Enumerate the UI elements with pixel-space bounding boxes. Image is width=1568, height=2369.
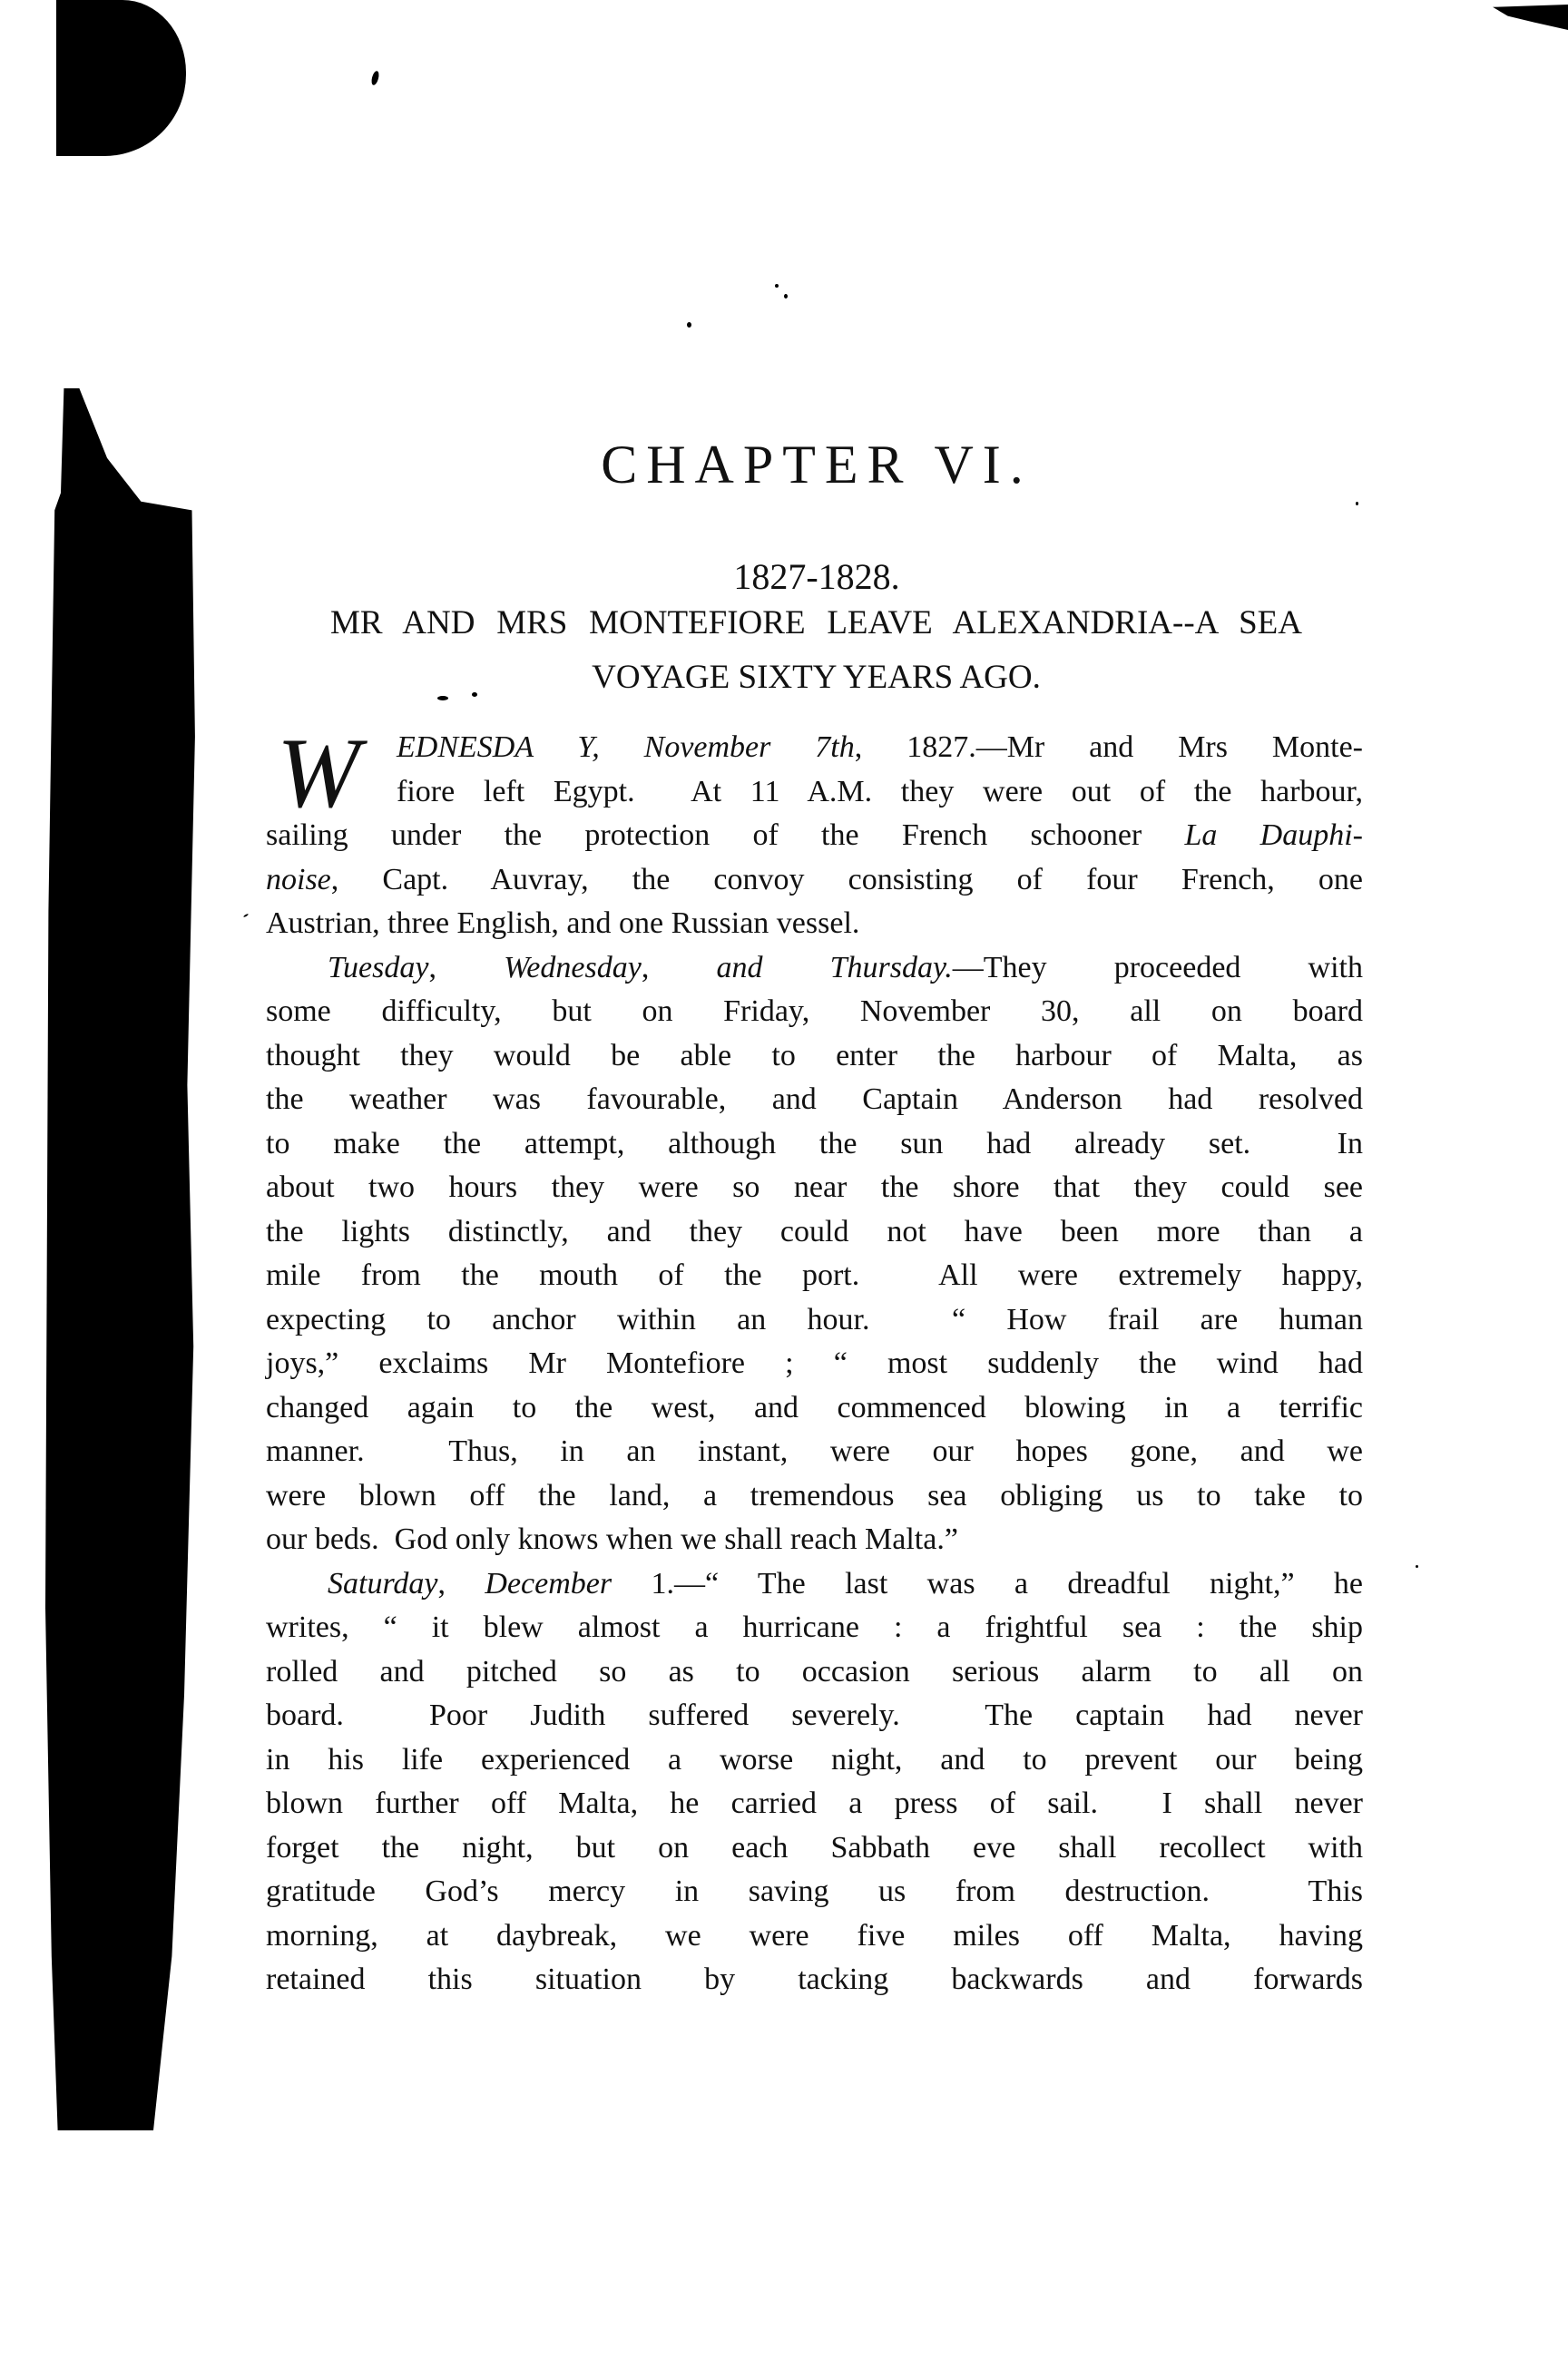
text-run: , [428, 951, 504, 984]
text-run: the lights distinctly, and they could no… [266, 1215, 1363, 1248]
ink-speck [784, 294, 788, 299]
text-line: expecting to anchor within an hour. “ Ho… [266, 1303, 1363, 1347]
text-run: forget the night, but on each Sabbath ev… [266, 1831, 1363, 1865]
text-line: Saturday, December 1.—“ The last was a d… [266, 1567, 1363, 1611]
text-run: thought they would be able to enter the … [266, 1039, 1363, 1072]
chapter-years: 1827-1828. [0, 559, 1568, 595]
text-line: Tuesday, Wednesday, and Thursday.—They p… [266, 951, 1363, 995]
ink-speck [243, 914, 249, 918]
ink-speck [437, 696, 448, 700]
text-line: gratitude God’s mercy in saving us from … [266, 1875, 1363, 1919]
text-run: some difficulty, but on Friday, November… [266, 994, 1363, 1028]
text-line: forget the night, but on each Sabbath ev… [266, 1831, 1363, 1875]
drop-cap-initial: W [277, 723, 360, 823]
text-run: sailing under the protection of the Fren… [266, 818, 1185, 852]
text-run: —They proceeded with [953, 951, 1363, 984]
text-line: mile from the mouth of the port. All wer… [266, 1258, 1363, 1303]
text-run: , [642, 951, 717, 984]
italic-run: EDNESDA Y, [397, 730, 644, 764]
text-run: morning, at daybreak, we were five miles… [266, 1919, 1363, 1953]
text-run: manner. Thus, in an instant, were our ho… [266, 1434, 1363, 1468]
text-line: board. Poor Judith suffered severely. Th… [266, 1698, 1363, 1743]
italic-run: Wednesday [504, 951, 642, 984]
text-run: 1.—“ The last was a dreadful night,” he [612, 1567, 1363, 1601]
text-run: blown further off Malta, he carried a pr… [266, 1787, 1363, 1820]
text-run: Austrian, three English, and one Russian… [266, 906, 859, 940]
text-run: board. Poor Judith suffered severely. Th… [266, 1698, 1363, 1732]
text-line: EDNESDA Y, November 7th, 1827.—Mr and Mr… [266, 730, 1363, 775]
text-line: thought they would be able to enter the … [266, 1039, 1363, 1083]
text-run: , 1827.—Mr and Mrs Monte- [855, 730, 1363, 764]
text-run: in his life experienced a worse night, a… [266, 1743, 1363, 1777]
text-run: mile from the mouth of the port. All wer… [266, 1258, 1363, 1292]
ink-speck [1356, 502, 1358, 505]
italic-run: and Thursday. [716, 951, 952, 984]
scan-shadow-top-left [56, 0, 186, 156]
text-line: morning, at daybreak, we were five miles… [266, 1919, 1363, 1963]
text-lines: EDNESDA Y, November 7th, 1827.—Mr and Mr… [266, 730, 1363, 2007]
ink-speck [370, 70, 380, 85]
text-line: changed again to the west, and commenced… [266, 1391, 1363, 1435]
text-line: manner. Thus, in an instant, were our ho… [266, 1434, 1363, 1479]
text-line: were blown off the land, a tremendous se… [266, 1479, 1363, 1523]
text-run: about two hours they were so near the sh… [266, 1170, 1363, 1204]
text-run: the weather was favourable, and Captain … [266, 1082, 1363, 1116]
text-run: changed again to the west, and commenced… [266, 1391, 1363, 1424]
text-line: retained this situation by tacking backw… [266, 1963, 1363, 2007]
italic-run: Saturday [328, 1567, 438, 1601]
text-line: fiore left Egypt. At 11 A.M. they were o… [266, 775, 1363, 819]
italic-run: Tuesday [328, 951, 428, 984]
italic-run: December [485, 1567, 612, 1601]
text-run: , [438, 1567, 485, 1601]
ink-speck [775, 284, 779, 288]
text-run: rolled and pitched so as to occasion ser… [266, 1655, 1363, 1689]
text-line: the weather was favourable, and Captain … [266, 1082, 1363, 1127]
text-line: some difficulty, but on Friday, November… [266, 994, 1363, 1039]
text-line: sailing under the protection of the Fren… [266, 818, 1363, 863]
chapter-subtitle-line-1: MR AND MRS MONTEFIORE LEAVE ALEXANDRIA--… [330, 606, 1302, 640]
chapter-title: CHAPTER VI. [0, 437, 1568, 492]
body-text: W EDNESDA Y, November 7th, 1827.—Mr and … [266, 730, 1363, 2007]
text-run: to make the attempt, although the sun ha… [266, 1127, 1363, 1160]
text-line: Austrian, three English, and one Russian… [266, 906, 1363, 951]
text-line: writes, “ it blew almost a hurricane : a… [266, 1610, 1363, 1655]
text-line: in his life experienced a worse night, a… [266, 1743, 1363, 1787]
text-run: gratitude God’s mercy in saving us from … [266, 1875, 1363, 1908]
italic-run: November 7th [644, 730, 855, 764]
text-line: our beds. God only knows when we shall r… [266, 1522, 1363, 1567]
text-run: writes, “ it blew almost a hurricane : a… [266, 1610, 1363, 1644]
text-line: noise, Capt. Auvray, the convoy consisti… [266, 863, 1363, 907]
text-line: rolled and pitched so as to occasion ser… [266, 1655, 1363, 1699]
text-run: retained this situation by tacking backw… [266, 1963, 1363, 1996]
text-line: to make the attempt, although the sun ha… [266, 1127, 1363, 1171]
text-run: were blown off the land, a tremendous se… [266, 1479, 1363, 1512]
text-run: our beds. God only knows when we shall r… [266, 1522, 958, 1556]
scan-smear-top-right [1493, 5, 1568, 30]
text-line: joys,” exclaims Mr Montefiore ; “ most s… [266, 1346, 1363, 1391]
scan-shadow-left-margin [45, 388, 200, 2130]
text-line: about two hours they were so near the sh… [266, 1170, 1363, 1215]
text-line: blown further off Malta, he carried a pr… [266, 1787, 1363, 1831]
chapter-subtitle-line-2: VOYAGE SIXTY YEARS AGO. [330, 661, 1302, 694]
italic-run: La Dauphi- [1185, 818, 1364, 852]
text-run: expecting to anchor within an hour. “ Ho… [266, 1303, 1363, 1336]
ink-speck [1416, 1565, 1418, 1568]
italic-run: noise [266, 863, 331, 896]
text-line: the lights distinctly, and they could no… [266, 1215, 1363, 1259]
text-run: fiore left Egypt. At 11 A.M. they were o… [397, 775, 1363, 808]
text-run: joys,” exclaims Mr Montefiore ; “ most s… [266, 1346, 1363, 1380]
ink-speck [687, 322, 691, 328]
text-run: , Capt. Auvray, the convoy consisting of… [331, 863, 1363, 896]
